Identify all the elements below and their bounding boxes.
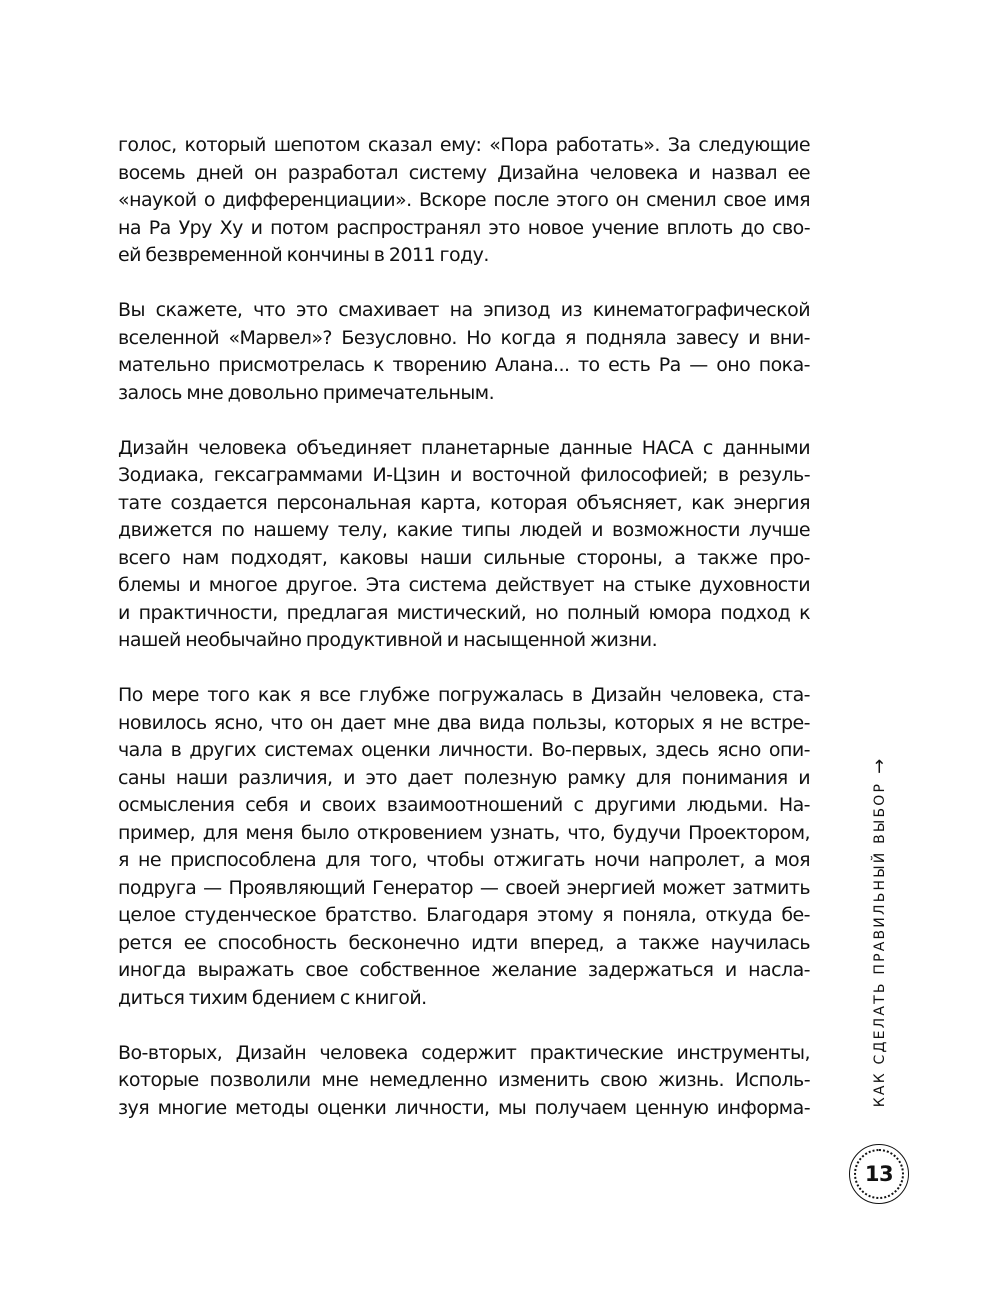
arrow-right-icon: → xyxy=(871,759,889,774)
running-head-title: КАК СДЕЛАТЬ ПРАВИЛЬНЫЙ ВЫБОР xyxy=(872,782,888,1107)
page-number-badge: 13 xyxy=(849,1144,909,1204)
text-line: чала в других системах оценки личности. … xyxy=(118,737,810,765)
text-line: Вы скажете, что это смахивает на эпизод … xyxy=(118,297,810,325)
text-line: ей безвременной кончины в 2011 году. xyxy=(118,242,810,270)
text-line: тате создается персональная карта, котор… xyxy=(118,490,810,518)
text-line: Дизайн человека объединяет планетарные д… xyxy=(118,435,810,463)
text-line: зуя многие методы оценки личности, мы по… xyxy=(118,1095,810,1123)
text-line: которые позволили мне немедленно изменит… xyxy=(118,1067,810,1095)
book-page: голос, который шепотом сказал ему: «Пора… xyxy=(0,0,986,1299)
text-line: осмысления себя и своих взаимоотношений … xyxy=(118,792,810,820)
paragraph-5: Во-вторых, Дизайн человека содержит прак… xyxy=(118,1040,810,1123)
text-line: саны наши различия, и это дает полезную … xyxy=(118,765,810,793)
text-line: движется по нашему телу, какие типы люде… xyxy=(118,517,810,545)
text-line: всего нам подходят, каковы наши сильные … xyxy=(118,545,810,573)
text-line: целое студенческое братство. Благодаря э… xyxy=(118,902,810,930)
text-line: подруга — Проявляющий Генератор — своей … xyxy=(118,875,810,903)
text-line: диться тихим бдением с книгой. xyxy=(118,985,810,1013)
text-line: голос, который шепотом сказал ему: «Пора… xyxy=(118,132,810,160)
text-line: залось мне довольно примечательным. xyxy=(118,380,810,408)
text-line: рется ее способность бесконечно идти впе… xyxy=(118,930,810,958)
text-line: и практичности, предлагая мистический, н… xyxy=(118,600,810,628)
paragraph-4: По мере того как я все глубже погружалас… xyxy=(118,682,810,1012)
page-number: 13 xyxy=(865,1162,893,1186)
text-line: нашей необычайно продуктивной и насыщенн… xyxy=(118,627,810,655)
text-line: Зодиака, гексаграммами И-Цзин и восточно… xyxy=(118,462,810,490)
text-line: на Ра Уру Ху и потом распространял это н… xyxy=(118,215,810,243)
body-text: голос, который шепотом сказал ему: «Пора… xyxy=(118,132,810,1150)
text-line: По мере того как я все глубже погружалас… xyxy=(118,682,810,710)
paragraph-2: Вы скажете, что это смахивает на эпизод … xyxy=(118,297,810,407)
paragraph-1: голос, который шепотом сказал ему: «Пора… xyxy=(118,132,810,270)
text-line: восемь дней он разработал систему Дизайн… xyxy=(118,160,810,188)
paragraph-3: Дизайн человека объединяет планетарные д… xyxy=(118,435,810,655)
text-line: Во-вторых, Дизайн человека содержит прак… xyxy=(118,1040,810,1068)
running-head: КАК СДЕЛАТЬ ПРАВИЛЬНЫЙ ВЫБОР → xyxy=(871,759,889,1107)
text-line: новилось ясно, что он дает мне два вида … xyxy=(118,710,810,738)
text-line: пример, для меня было откровением узнать… xyxy=(118,820,810,848)
text-line: блемы и многое другое. Эта система дейст… xyxy=(118,572,810,600)
text-line: «наукой о дифференциации». Вскоре после … xyxy=(118,187,810,215)
text-line: мательно присмотрелась к творению Алана.… xyxy=(118,352,810,380)
text-line: вселенной «Марвел»? Безусловно. Но когда… xyxy=(118,325,810,353)
text-line: иногда выражать свое собственное желание… xyxy=(118,957,810,985)
text-line: я не приспособлена для того, чтобы отжиг… xyxy=(118,847,810,875)
